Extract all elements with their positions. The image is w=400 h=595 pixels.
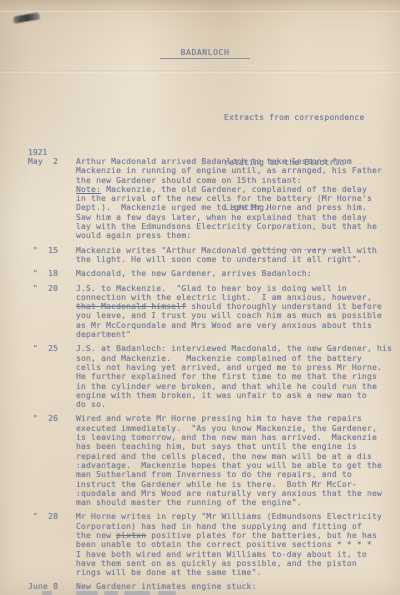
- text-segment: positive plates for the batteries, but h…: [146, 531, 377, 540]
- entry-line: man should master the running of the eng…: [76, 498, 396, 507]
- document-page: BADANLOCH Extracts from correspondence r…: [0, 0, 400, 595]
- entry-line: lay with the Edmundsons Electricity Corp…: [76, 222, 396, 231]
- entry-date: " 20: [28, 284, 76, 340]
- entry-line: son, and Mackenzie. Mackenzie complained…: [76, 354, 396, 363]
- entry-date: May 2: [28, 157, 76, 241]
- entry-line: as Mr McCorquodale and Mrs Wood are very…: [76, 321, 396, 330]
- entry-line: have them sent on as quickly as possible…: [76, 559, 396, 568]
- entry-date: " 15: [28, 246, 76, 265]
- entry-line: :quodale and Mrs Wood are naturally very…: [76, 489, 396, 498]
- text-segment: Mackenzie, the old Gardener, complained …: [101, 185, 367, 194]
- page-title: BADANLOCH: [160, 48, 250, 59]
- entry-line: executed immediately. "As you know Macke…: [76, 424, 396, 433]
- entry-line: the new pixtxn positive plates for the b…: [76, 531, 396, 540]
- staple-icon: [13, 12, 41, 24]
- entry-body: Macdonald, the new Gardener, arrives Bad…: [76, 269, 396, 278]
- entry-line: the light. He will soon come to understa…: [76, 255, 396, 264]
- entry-line: man Sutherland from Inverness to do the …: [76, 470, 396, 479]
- entry-line: instruct the Gardener while he is there.…: [76, 480, 396, 489]
- struck-text: that Macdonald himself: [76, 302, 186, 311]
- entry-line: I have both wired and written Williams t…: [76, 550, 396, 559]
- entry-row: " 20J.S. to Mackenzie. "Glad to hear boy…: [28, 284, 396, 340]
- entry-line: has been teaching him, but says that unt…: [76, 442, 396, 451]
- entry-line: connection with the electric light. I am…: [76, 293, 396, 302]
- entry-row: " 15Mackenzie writes "Arthur Macdonald g…: [28, 246, 396, 265]
- entry-line: in the cylinder were broken, and that wh…: [76, 382, 396, 391]
- entry-body: Arthur Macdonald arrived Badanloch to ta…: [76, 157, 396, 241]
- entry-row: " 28Mr Horne writes in reply "Mr William…: [28, 512, 396, 577]
- entry-row: " 26Wired and wrote Mr Horne pressing hi…: [28, 414, 396, 507]
- entry-date: " 25: [28, 344, 76, 409]
- entry-line: J.S. at Badanloch: interviewed Macdonald…: [76, 344, 396, 353]
- entry-line: been unable to obtain the correct positi…: [76, 540, 396, 549]
- underlined-text: Note:: [76, 185, 101, 194]
- page-top-edge: [0, 9, 400, 12]
- year-label: 1921: [28, 148, 47, 157]
- entry-date: " 28: [28, 512, 76, 577]
- entry-line: Dept.). Mackenzie urged me to see Mr Hor…: [76, 203, 396, 212]
- entry-line: department": [76, 330, 396, 339]
- cut-off-line: [28, 590, 358, 595]
- entry-date: " 26: [28, 414, 76, 507]
- entry-body: J.S. to Mackenzie. "Glad to hear boy is …: [76, 284, 396, 340]
- entry-body: Mackenzie writes "Arthur Macdonald getti…: [76, 246, 396, 265]
- entry-line: Wired and wrote Mr Horne pressing him to…: [76, 414, 396, 423]
- entry-row: " 25J.S. at Badanloch: interviewed Macdo…: [28, 344, 396, 409]
- entry-line: He further explained for the first time …: [76, 372, 396, 381]
- entry-body: Mr Horne writes in reply "Mr Williams (E…: [76, 512, 396, 577]
- entry-line: repaired and the cells placed, the new m…: [76, 452, 396, 461]
- entry-line: would again press them:: [76, 231, 396, 240]
- entry-row: " 18Macdonald, the new Gardener, arrives…: [28, 269, 396, 278]
- entry-line: J.S. to Mackenzie. "Glad to hear boy is …: [76, 284, 396, 293]
- entry-line: Arthur Macdonald arrived Badanloch to ta…: [76, 157, 396, 166]
- fold-crease: [0, 70, 400, 73]
- struck-text: pixtxn: [116, 531, 146, 540]
- entry-line: Mackenzie in running of engine until, as…: [76, 166, 396, 175]
- entry-line: Macdonald, the new Gardener, arrives Bad…: [76, 269, 396, 278]
- entry-row: May 2Arthur Macdonald arrived Badanloch …: [28, 157, 396, 241]
- text-segment: should thoroughly understand it before: [186, 302, 382, 311]
- entry-line: rings will be done at the same time".: [76, 568, 396, 577]
- entry-line: the new Gardener should come on 15th ins…: [76, 176, 396, 185]
- entry-line: engine with them broken, it was unfair t…: [76, 391, 396, 400]
- entry-line: do so.: [76, 400, 396, 409]
- header-line-1: Extracts from correspondence: [224, 110, 364, 125]
- text-segment: the new: [76, 531, 116, 540]
- entry-line: Note: Mackenzie, the old Gardener, compl…: [76, 185, 396, 194]
- correspondence-entries: May 2Arthur Macdonald arrived Badanloch …: [28, 157, 396, 595]
- entry-body: J.S. at Badanloch: interviewed Macdonald…: [76, 344, 396, 409]
- entry-line: Mr Horne writes in reply "Mr Williams (E…: [76, 512, 396, 521]
- entry-date: " 18: [28, 269, 76, 278]
- entry-line: is leaving tomorrow, and the new man has…: [76, 433, 396, 442]
- entry-line: Mackenzie writes "Arthur Macdonald getti…: [76, 246, 396, 255]
- entry-line: Corporation) has had in hand the supplyi…: [76, 522, 396, 531]
- entry-line: Saw him a few days later, when he explai…: [76, 213, 396, 222]
- entry-line: you leave, and I trust you will coach hi…: [76, 311, 396, 320]
- entry-body: Wired and wrote Mr Horne pressing him to…: [76, 414, 396, 507]
- entry-line: cells not having yet arrived, and urged …: [76, 363, 396, 372]
- entry-line: :advantage. Mackenzie hopes that you wil…: [76, 461, 396, 470]
